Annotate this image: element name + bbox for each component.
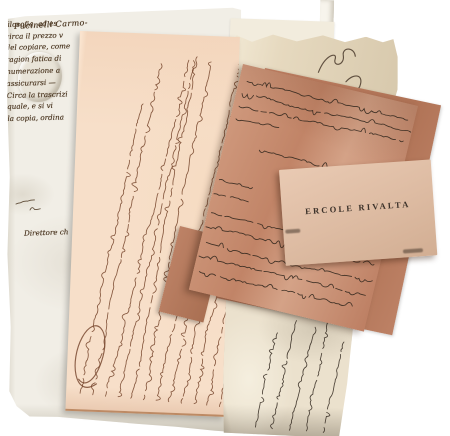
handwriting-line: [288, 326, 317, 431]
handwriting-line: [303, 320, 331, 431]
card-corner-text-right: [403, 248, 423, 253]
handwriting-line: [127, 53, 203, 399]
photo-canvas: Pucinelli Carmo- Eccovi il manoscr filos…: [0, 0, 450, 436]
card-corner-text-left: [285, 229, 300, 234]
handwriting-line: [236, 116, 279, 130]
handwriting-line: [239, 99, 404, 147]
handwriting-line: [322, 342, 347, 433]
card-printed-name: ERCOLE RIVALTA: [282, 197, 434, 218]
handwriting-line: [30, 207, 41, 210]
handwriting-line: [16, 200, 35, 204]
handwriting-line: [267, 320, 299, 429]
handwriting-line: [219, 179, 253, 189]
handwriting-line: [76, 103, 146, 394]
visiting-card: ERCOLE RIVALTA: [279, 159, 437, 265]
handwriting-line: [214, 193, 252, 203]
handwriting-line: [241, 91, 412, 136]
